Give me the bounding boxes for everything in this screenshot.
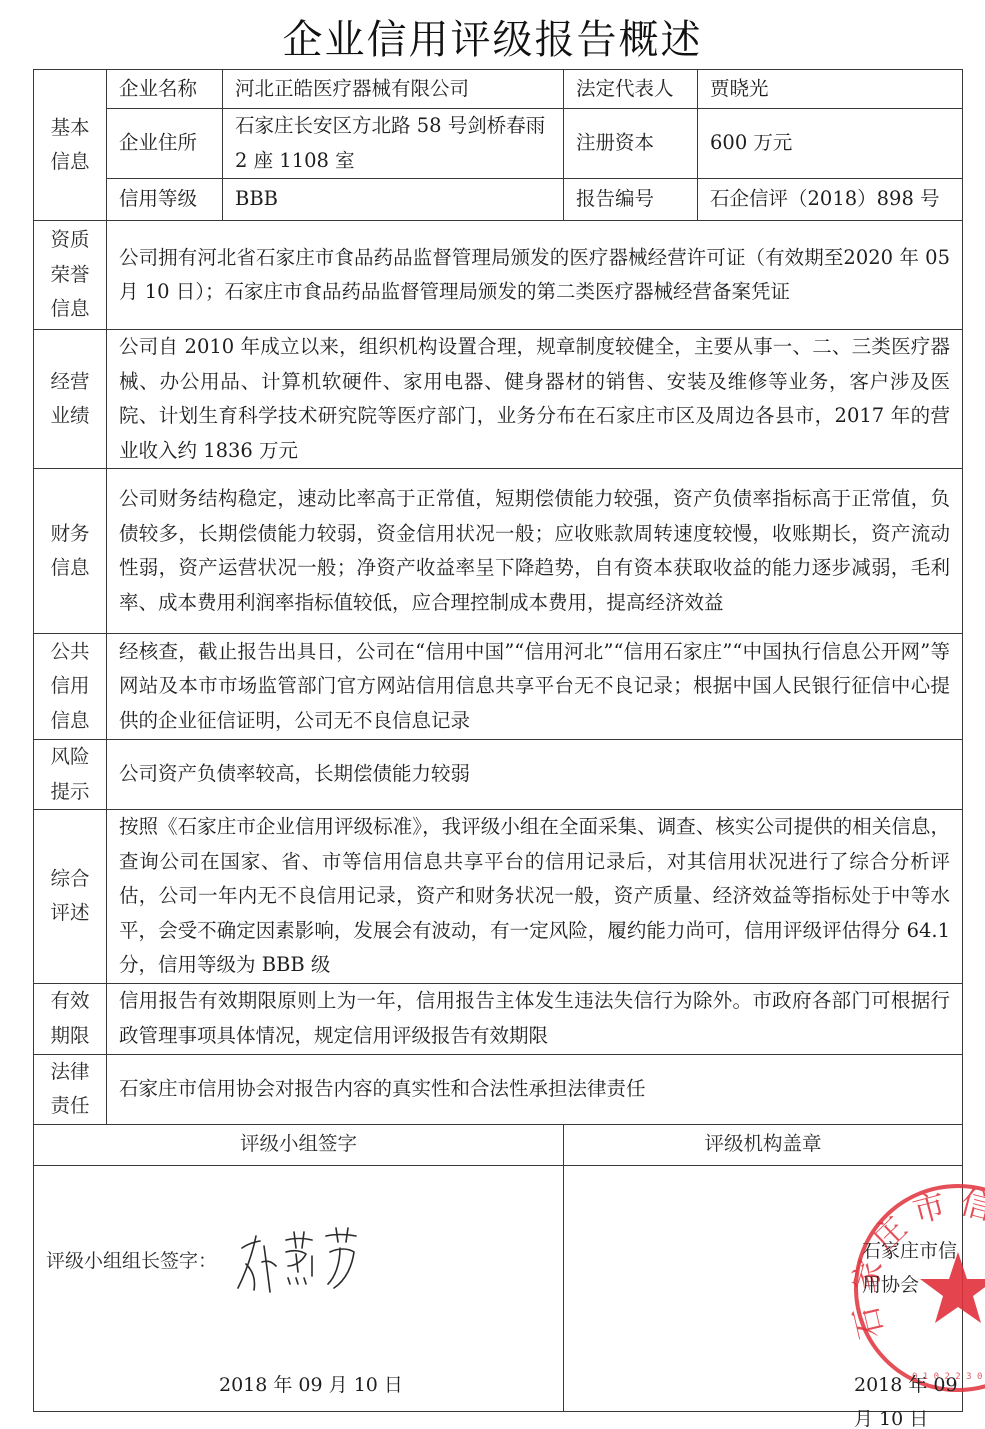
section-text-public-credit: 经核查，截止报告出具日，公司在“信用中国”“信用河北”“信用石家庄”“中国执行信…	[107, 634, 963, 740]
row-public-credit: 公共信用信息 经核查，截止报告出具日，公司在“信用中国”“信用河北”“信用石家庄…	[34, 634, 963, 740]
row-address: 企业住所 石家庄长安区方北路 58 号剑桥春雨 2 座 1108 室 注册资本 …	[34, 109, 963, 179]
row-business-performance: 经营业绩 公司自 2010 年成立以来，组织机构设置合理，规章制度较健全，主要从…	[34, 330, 963, 469]
agency-seal-date: 2018 年 09 月 10 日	[854, 1368, 962, 1429]
header-rating-team-signature: 评级小组签字	[34, 1124, 564, 1165]
value-capital: 600 万元	[698, 109, 963, 179]
section-label-risk-warning: 风险提示	[34, 740, 107, 810]
value-report-no: 石企信评（2018）898 号	[698, 179, 963, 221]
label-address: 企业住所	[107, 109, 223, 179]
section-text-financial-info: 公司财务结构稳定，速动比率高于正常值，短期偿债能力较强，资产负债率指标高于正常值…	[107, 469, 963, 634]
section-label-business-performance: 经营业绩	[34, 330, 107, 469]
section-label-validity: 有效期限	[34, 983, 107, 1054]
section-label-public-credit: 公共信用信息	[34, 634, 107, 740]
row-company-name: 基本信息 企业名称 河北正皓医疗器械有限公司 法定代表人 贾晓光	[34, 70, 963, 109]
section-label-overall-review: 综合评述	[34, 810, 107, 984]
section-text-risk-warning: 公司资产负债率较高，长期偿债能力较弱	[107, 740, 963, 810]
row-risk-warning: 风险提示 公司资产负债率较高，长期偿债能力较弱	[34, 740, 963, 810]
value-company-name: 河北正皓医疗器械有限公司	[223, 70, 564, 109]
row-signature-headers: 评级小组签字 评级机构盖章	[34, 1124, 963, 1165]
label-report-no: 报告编号	[564, 179, 698, 221]
agency-seal-cell: 石家庄市信用协会 0 1 0 2 2 3 0 0 1 石家庄市信用协会 2018…	[564, 1165, 963, 1411]
value-credit-grade: BBB	[223, 179, 564, 221]
section-text-overall-review: 按照《石家庄市企业信用评级标准》，我评级小组在全面采集、调查、核实公司提供的相关…	[107, 810, 963, 984]
row-financial-info: 财务信息 公司财务结构稳定，速动比率高于正常值，短期偿债能力较强，资产负债率指标…	[34, 469, 963, 634]
section-text-legal-liability: 石家庄市信用协会对报告内容的真实性和合法性承担法律责任	[107, 1054, 963, 1124]
value-address: 石家庄长安区方北路 58 号剑桥春雨 2 座 1108 室	[223, 109, 564, 179]
leader-sign-label: 评级小组组长签字：	[46, 1244, 217, 1279]
section-text-validity: 信用报告有效期限原则上为一年，信用报告主体发生违法失信行为除外。市政府各部门可根…	[107, 983, 963, 1054]
section-label-legal-liability: 法律责任	[34, 1054, 107, 1124]
label-company-name: 企业名称	[107, 70, 223, 109]
row-signatures: 评级小组组长签字： 2018 年 09 月 10 日 石家庄市信用协会	[34, 1165, 963, 1411]
handwritten-signature-icon	[234, 1226, 364, 1306]
document-title: 企业信用评级报告概述	[0, 8, 985, 65]
label-capital: 注册资本	[564, 109, 698, 179]
row-validity: 有效期限 信用报告有效期限原则上为一年，信用报告主体发生违法失信行为除外。市政府…	[34, 983, 963, 1054]
label-credit-grade: 信用等级	[107, 179, 223, 221]
section-label-qualifications: 资质荣誉信息	[34, 221, 107, 330]
row-legal-liability: 法律责任 石家庄市信用协会对报告内容的真实性和合法性承担法律责任	[34, 1054, 963, 1124]
section-label-basic-info: 基本信息	[34, 70, 107, 221]
row-credit-grade: 信用等级 BBB 报告编号 石企信评（2018）898 号	[34, 179, 963, 221]
section-text-qualifications: 公司拥有河北省石家庄市食品药品监督管理局颁发的医疗器械经营许可证（有效期至202…	[107, 221, 963, 330]
credit-report-table: 基本信息 企业名称 河北正皓医疗器械有限公司 法定代表人 贾晓光 企业住所 石家…	[33, 69, 963, 1412]
section-label-financial-info: 财务信息	[34, 469, 107, 634]
row-qualifications: 资质荣誉信息 公司拥有河北省石家庄市食品药品监督管理局颁发的医疗器械经营许可证（…	[34, 221, 963, 330]
rating-team-signature-cell: 评级小组组长签字： 2018 年 09 月 10 日	[34, 1165, 564, 1411]
rating-team-date: 2018 年 09 月 10 日	[219, 1368, 403, 1403]
row-overall-review: 综合评述 按照《石家庄市企业信用评级标准》，我评级小组在全面采集、调查、核实公司…	[34, 810, 963, 984]
label-legal-rep: 法定代表人	[564, 70, 698, 109]
header-agency-seal: 评级机构盖章	[564, 1124, 963, 1165]
section-text-business-performance: 公司自 2010 年成立以来，组织机构设置合理，规章制度较健全，主要从事一、二、…	[107, 330, 963, 469]
value-legal-rep: 贾晓光	[698, 70, 963, 109]
agency-name: 石家庄市信用协会	[862, 1234, 962, 1303]
